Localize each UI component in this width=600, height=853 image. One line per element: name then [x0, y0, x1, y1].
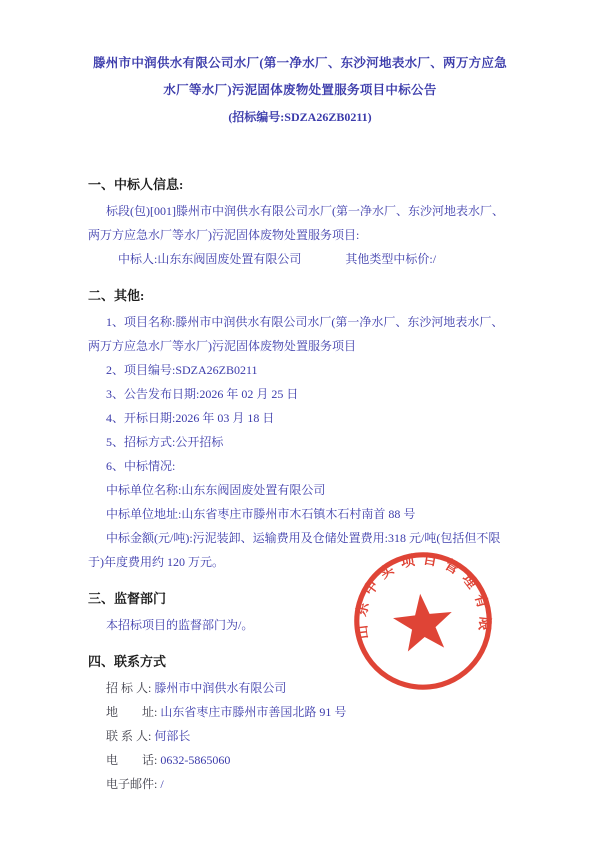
section2-heading: 二、其他: [88, 284, 512, 308]
tender-method-line: 5、招标方式:公开招标 [88, 430, 512, 454]
star-icon [391, 591, 456, 653]
opening-date-line: 4、开标日期:2026 年 03 月 18 日 [88, 406, 512, 430]
section1-paragraph: 标段(包)[001]滕州市中润供水有限公司水厂(第一净水厂、东沙河地表水厂、两万… [88, 199, 512, 247]
winner-company-line: 中标单位名称:山东东阀固废处置有限公司 [88, 478, 512, 502]
winner-value: 山东东阀固废处置有限公司 [157, 252, 301, 266]
announcement-page: 滕州市中润供水有限公司水厂(第一净水厂、东沙河地表水厂、两万方应急水厂等水厂)污… [0, 0, 600, 853]
tenderer-label: 招 标 人: [106, 681, 151, 695]
address-value: 山东省枣庄市滕州市善国北路 91 号 [160, 705, 346, 719]
bid-number: (招标编号:SDZA26ZB0211) [88, 104, 512, 131]
award-status-line: 6、中标情况: [88, 454, 512, 478]
winner-line: 中标人:山东东阀固废处置有限公司其他类型中标价:/ [88, 247, 512, 271]
email-label: 电子邮件: [106, 777, 157, 791]
email-value: / [160, 777, 163, 791]
winner-address-line: 中标单位地址:山东省枣庄市滕州市木石镇木石村南首 88 号 [88, 502, 512, 526]
contact-phone-row: 电 话:0632-5865060 [88, 748, 512, 772]
other-price-value: / [433, 252, 436, 266]
other-price-label: 其他类型中标价: [345, 252, 432, 266]
company-seal-stamp: 山东中实项目管理有限公司 [348, 546, 498, 696]
tenderer-value: 滕州市中润供水有限公司 [154, 681, 286, 695]
page-title: 滕州市中润供水有限公司水厂(第一净水厂、东沙河地表水厂、两万方应急水厂等水厂)污… [88, 50, 512, 104]
contact-address-row: 地 址:山东省枣庄市滕州市善国北路 91 号 [88, 700, 512, 724]
publish-date-line: 3、公告发布日期:2026 年 02 月 25 日 [88, 382, 512, 406]
section1-heading: 一、中标人信息: [88, 173, 512, 197]
contact-person-value: 何部长 [154, 729, 190, 743]
phone-value: 0632-5865060 [160, 753, 230, 767]
phone-label: 电 话: [106, 753, 157, 767]
address-label: 地 址: [106, 705, 157, 719]
contact-person-label: 联 系 人: [106, 729, 151, 743]
project-number-line: 2、项目编号:SDZA26ZB0211 [88, 358, 512, 382]
project-name-line: 1、项目名称:滕州市中润供水有限公司水厂(第一净水厂、东沙河地表水厂、两万方应急… [88, 310, 512, 358]
contact-email-row: 电子邮件:/ [88, 772, 512, 796]
winner-label: 中标人: [118, 252, 157, 266]
contact-person-row: 联 系 人:何部长 [88, 724, 512, 748]
